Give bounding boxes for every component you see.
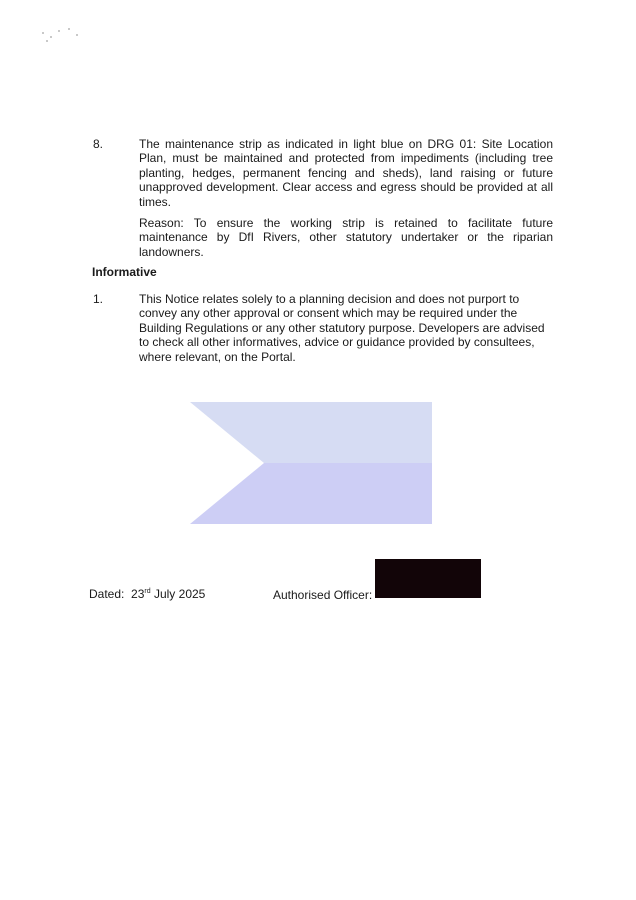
informative-item-1: 1. This Notice relates solely to a plann… [93,292,553,371]
condition-8: 8. The maintenance strip as indicated in… [93,137,553,266]
authorised-officer-label: Authorised Officer: [273,588,372,602]
date-day: 23 [131,587,144,601]
dated-line: Dated: 23rd July 2025 [89,587,205,601]
condition-reason: Reason: To ensure the working strip is r… [139,216,553,259]
condition-text: The maintenance strip as indicated in li… [139,137,553,209]
scan-artifacts [32,26,92,56]
informative-heading: Informative [92,265,157,279]
informative-text: This Notice relates solely to a planning… [139,292,553,364]
swallowtail-banner-icon [190,402,432,524]
date-rest: July 2025 [154,587,205,601]
informative-number: 1. [93,292,103,306]
date-suffix: rd [144,588,150,595]
redacted-signature [375,559,481,598]
dated-label: Dated: [89,587,124,601]
condition-number: 8. [93,137,103,151]
